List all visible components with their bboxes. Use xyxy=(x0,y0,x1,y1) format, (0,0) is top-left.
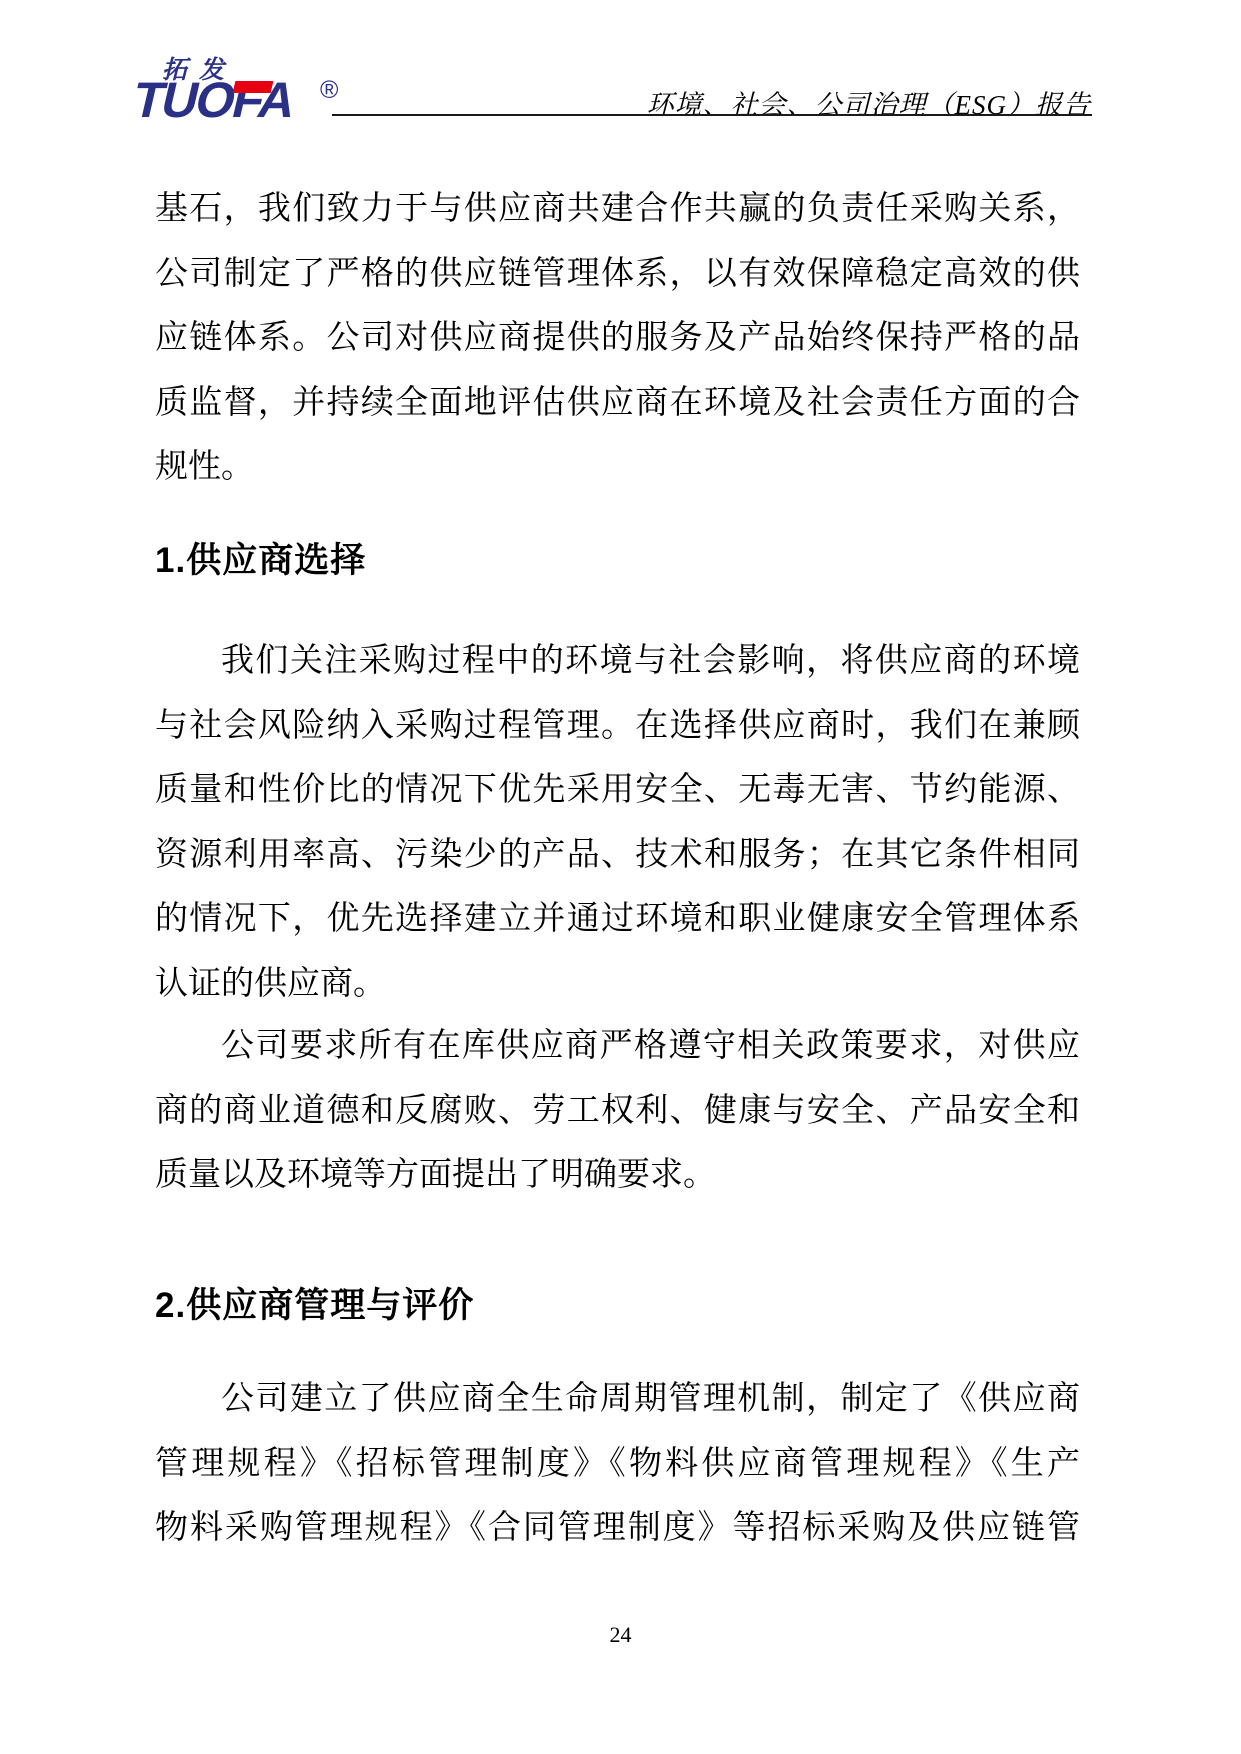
text-line: 我们关注采购过程中的环境与社会影响，将供应商的环境 xyxy=(155,629,1080,694)
text-line: 公司建立了供应商全生命周期管理机制，制定了《供应商 xyxy=(155,1367,1080,1432)
paragraph-3: 公司要求所有在库供应商严格遵守相关政策要求，对供应 商的商业道德和反腐败、劳工权… xyxy=(155,1014,1080,1208)
paragraph-4: 公司建立了供应商全生命周期管理机制，制定了《供应商 管理规程》《招标管理制度》《… xyxy=(155,1367,1080,1561)
header-divider xyxy=(332,114,1092,116)
section-heading-supplier-selection: 1.供应商选择 xyxy=(155,541,1080,581)
logo-latin-text: TUOFA xyxy=(128,74,299,126)
section-heading-supplier-management: 2.供应商管理与评价 xyxy=(155,1286,1080,1326)
logo-red-bar xyxy=(233,81,274,93)
text-line: 资源利用率高、污染少的产品、技术和服务；在其它条件相同 xyxy=(155,823,1080,888)
paragraph-1: 基石，我们致力于与供应商共建合作共赢的负责任采购关系， 公司制定了严格的供应链管… xyxy=(155,177,1080,500)
text-line: 与社会风险纳入采购过程管理。在选择供应商时，我们在兼顾 xyxy=(155,694,1080,759)
text-line: 质量和性价比的情况下优先采用安全、无毒无害、节约能源、 xyxy=(155,758,1080,823)
text-line: 质量以及环境等方面提出了明确要求。 xyxy=(155,1143,1080,1208)
text-line: 商的商业道德和反腐败、劳工权利、健康与安全、产品安全和 xyxy=(155,1079,1080,1144)
document-page: 拓发 TUOFA ® 环境、社会、公司治理（ESG）报告 基石，我们致力于与供应… xyxy=(0,0,1241,1754)
text-line: 基石，我们致力于与供应商共建合作共赢的负责任采购关系， xyxy=(155,177,1080,242)
text-line: 认证的供应商。 xyxy=(155,952,1080,1017)
text-line: 管理规程》《招标管理制度》《物料供应商管理规程》《生产 xyxy=(155,1432,1080,1497)
page-number: 24 xyxy=(0,1622,1241,1648)
text-line: 物料采购管理规程》《合同管理制度》等招标采购及供应链管 xyxy=(155,1496,1080,1561)
text-line: 公司要求所有在库供应商严格遵守相关政策要求，对供应 xyxy=(155,1014,1080,1079)
text-line: 的情况下，优先选择建立并通过环境和职业健康安全管理体系 xyxy=(155,887,1080,952)
text-line: 公司制定了严格的供应链管理体系，以有效保障稳定高效的供 xyxy=(155,242,1080,307)
report-header-title: 环境、社会、公司治理（ESG）报告 xyxy=(647,83,1092,122)
text-line: 应链体系。公司对供应商提供的服务及产品始终保持严格的品 xyxy=(155,306,1080,371)
paragraph-2: 我们关注采购过程中的环境与社会影响，将供应商的环境 与社会风险纳入采购过程管理。… xyxy=(155,629,1080,1016)
text-line: 质监督，并持续全面地评估供应商在环境及社会责任方面的合 xyxy=(155,371,1080,436)
company-logo: 拓发 TUOFA ® xyxy=(128,54,343,134)
text-line: 规性。 xyxy=(155,435,1080,500)
registered-trademark-icon: ® xyxy=(320,76,338,105)
